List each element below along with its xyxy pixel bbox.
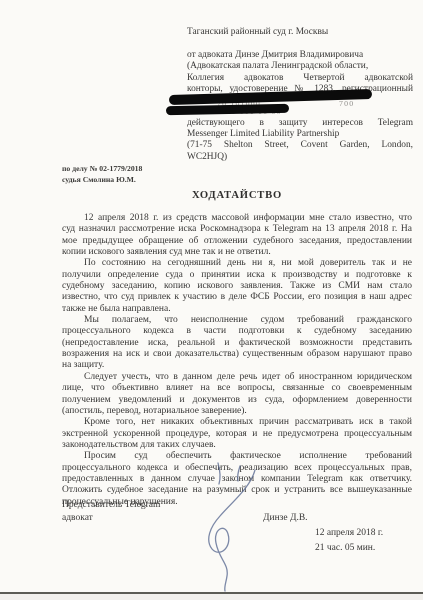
text-line: судебному заседанию, копию искового заяв… [62,281,412,292]
document-title: ХОДАТАЙСТВО [62,190,412,201]
text-line: также не была направлена. [62,304,412,315]
text-line: (Адвокатская палата Ленинградской област… [187,61,413,72]
representative-line: адвокат [62,512,160,525]
judge-name: судья Смолина Ю.М. [62,174,142,185]
body-paragraph: 12 апреля 2018 г. из средств массовой ин… [62,213,412,258]
text-line: (71-75 Shelton Street, Covent Garden, Lo… [187,140,413,151]
text-line: мое предыдущее обращение об отложении су… [62,236,412,247]
scan-edge-shadow [0,594,423,600]
text-line: 12 апреля 2018 г. из средств массовой ин… [62,213,412,224]
text-line: процессуального кодекса и обеспечить, ре… [62,463,412,474]
text-line: Просим суд обеспечить фактическое исполн… [62,451,412,462]
court-name: Таганский районный суд г. Москвы [187,27,413,38]
text-line: Кроме того, нет никаких объективных прич… [62,417,412,428]
date-time-block: 12 апреля 2018 г. 21 час. 05 мин. [315,526,383,555]
text-line: получили определение суда о принятии иск… [62,270,412,281]
from-lines: от адвоката Динзе Дмитрия Владимировича(… [187,50,413,95]
scanned-document: Таганский районный суд г. Москвы от адво… [0,0,423,600]
text-line: возражения на иск и свои доказательства)… [62,349,412,360]
body-paragraph: По состоянию на сегодняшний день ни я, н… [62,258,412,315]
text-line: законодательством для таких случаев. [62,440,412,451]
text-line: суд назначил рассмотрение иска Роскомнад… [62,224,412,235]
representative-block: Представитель Telegram адвокат [62,499,160,525]
text-line: процессуального кодекса в части подготов… [62,326,412,337]
text-line: Следует учесть, что в данном деле речь и… [62,372,412,383]
text-line: WC2HJQ) [187,152,413,163]
signer-name: Динзе Д.В. [263,513,308,523]
text-line: (апостиль, перевод, нотариальное заверен… [62,406,412,417]
body-paragraph: Мы полагаем, что неисполнение судом треб… [62,315,412,372]
redacted-zone: 70 101000 700 7 000 000 00 00 [187,95,413,118]
text-line: от адвоката Динзе Дмитрия Владимировича [187,50,413,61]
text-line: известно, что суд привлек к участию в де… [62,292,412,303]
text-line: Отложить судебное заседание на разумный … [62,485,412,496]
text-line: Коллегия адвокатов Четвертой адвокатской [187,73,413,84]
text-line: на защиту. [62,360,412,371]
body-paragraph: Кроме того, нет никаких объективных прич… [62,417,412,451]
text-line: лице, что объективно влияет на все вопро… [62,383,412,394]
time-line: 21 час. 05 мин. [315,541,383,556]
text-line: Messenger Limited Liability Partnership [187,129,413,140]
body-paragraphs: 12 апреля 2018 г. из средств массовой ин… [62,213,412,508]
text-line: предоставленных в данном случае законом … [62,474,412,485]
text-line: Мы полагаем, что неисполнение судом треб… [62,315,412,326]
case-number: по делу № 02-1779/2018 [62,163,142,174]
representative-line: Представитель Telegram [62,499,160,512]
text-line: экстренной ускоренной процедуре, которая… [62,429,412,440]
text-line: копии искового заявления суд мне так и н… [62,247,412,258]
after-lines: действующего в защиту интересов Telegram… [187,118,413,163]
date-line: 12 апреля 2018 г. [315,526,383,541]
addressee-header: Таганский районный суд г. Москвы от адво… [187,27,413,163]
text-line: По состоянию на сегодняшний день ни я, н… [62,258,412,269]
body-paragraph: Следует учесть, что в данном деле речь и… [62,372,412,417]
text-line: (непредоставление иска, реальной и факти… [62,338,412,349]
text-line: получением уведомлений и документов из с… [62,395,412,406]
text-line: действующего в защиту интересов Telegram [187,118,413,129]
case-reference: по делу № 02-1779/2018 судья Смолина Ю.М… [62,163,142,185]
